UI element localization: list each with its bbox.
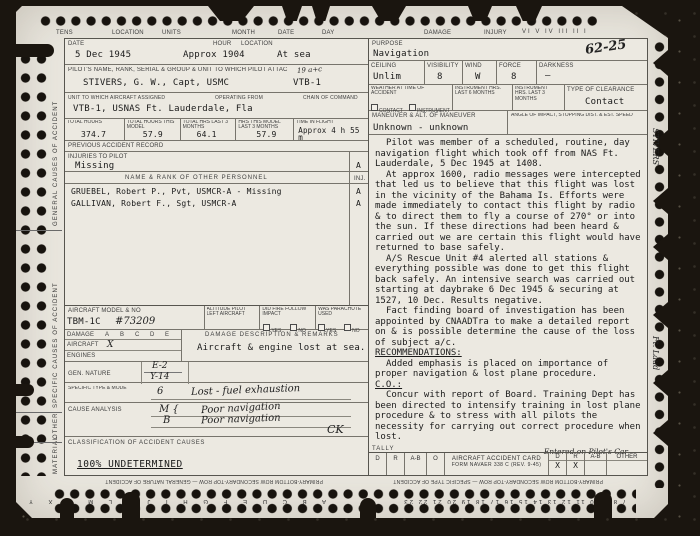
- edge-notch: [360, 498, 376, 518]
- form-right-column: PURPOSE Navigation 62-25 CEILING Unlim V…: [369, 39, 647, 475]
- tally-result-d-mark: X: [549, 461, 566, 470]
- hours-this-model-cell: TOTAL HOURS THIS MODEL 57.9: [125, 119, 181, 140]
- cause-code-1: M {: [159, 404, 179, 415]
- altitude-left-aircraft-label: ALTITUDE PILOT LEFT AIRCRAFT: [207, 307, 257, 318]
- writing-rule: [151, 399, 351, 400]
- damage-grid: DAMAGE A B C D E AIRCRAFT X ENGINES: [65, 330, 182, 361]
- aircraft-number-value: #73209: [115, 316, 155, 327]
- fire-follow-impact-label: DID FIRE FOLLOW IMPACT: [262, 307, 312, 318]
- purpose-row: PURPOSE Navigation 62-25: [369, 39, 647, 61]
- date-hour-location-row: DATE HOUR LOCATION 5 Dec 1945 Approx 190…: [65, 39, 368, 65]
- edge-divider: [16, 230, 62, 231]
- parachute-used-cell: WAS PARACHUTE USED YES NO: [316, 306, 368, 329]
- instrument-hrs-6mo-cell: INSTRUMENT HRS. LAST 6 MONTHS: [453, 85, 513, 110]
- edge-label-specific-type: PRIMARY-BOTTOM ROW SECONDARY-TOP ROW — S…: [360, 478, 636, 484]
- personnel-header: NAME & RANK OF OTHER PERSONNEL: [125, 175, 268, 181]
- punch-holes-right: [652, 40, 666, 488]
- injuries-value: Missing: [75, 161, 114, 171]
- weather-at-accident-cell: WEATHER AT TIME OF ACCIDENT CONTACT INST…: [369, 85, 453, 110]
- personnel-inj-column: INJ. A A: [349, 172, 368, 304]
- narrative-paragraph: Concur with report of Board. Training De…: [375, 390, 642, 443]
- aircraft-model-value: TBM-1C: [67, 317, 101, 327]
- weather-row: CEILING Unlim VISIBILITY 8 WIND W FORCE …: [369, 61, 647, 85]
- narrative-section: Pilot was member of a scheduled, routine…: [369, 135, 647, 475]
- damage-grid-divider: [65, 350, 181, 351]
- damage-remarks-header: DAMAGE DESCRIPTION & REMARKS: [205, 332, 339, 338]
- accident-card: TENS LOCATION UNITS MONTH DATE DAY DAMAG…: [16, 6, 668, 518]
- scan-background: TENS LOCATION UNITS MONTH DATE DAY DAMAG…: [0, 0, 700, 536]
- gen-nature-row: GEN. NATURE E-2 Y-14: [65, 362, 368, 384]
- gen-nature-box: E-2 Y-14: [141, 362, 189, 384]
- unit-assigned-label: UNIT TO WHICH AIRCRAFT ASSIGNED: [68, 95, 165, 101]
- instrument-hrs-3mo-label: INSTRUMENT HRS. LAST 3 MONTHS: [515, 86, 561, 102]
- tally-result-r: R X: [567, 453, 585, 475]
- wind-label: WIND: [465, 63, 482, 69]
- hours-last-3-months-cell: TOTAL HRS LAST 3 MONTHS 64.1: [181, 119, 237, 140]
- tally-result-ab-header: A-B: [585, 453, 606, 461]
- edge-notch: [594, 492, 612, 518]
- location-value: At sea: [277, 50, 311, 60]
- damage-col-d: D: [150, 332, 155, 338]
- maneuver-value: Unknown - unknown: [373, 123, 469, 133]
- tally-result-d-header: D: [549, 453, 566, 461]
- damage-row-aircraft: AIRCRAFT: [67, 342, 99, 348]
- parachute-used-label: WAS PARACHUTE USED: [318, 307, 364, 318]
- previous-accident-label: PREVIOUS ACCIDENT RECORD: [68, 143, 163, 149]
- edge-label-date: DATE: [278, 30, 294, 36]
- tally-result-other-header: OTHER: [607, 453, 647, 461]
- personnel-name-2: GALLIVAN, Robert F., Sgt, USMCR-A: [71, 199, 237, 208]
- wind-value: W: [475, 72, 481, 82]
- edge-divider: [16, 412, 62, 413]
- clearance-cell: TYPE OF CLEARANCE Contact: [565, 85, 647, 110]
- edge-numbers-row: 7 8 9 10 11 12 13 14 15 16 17 18 19 20 2…: [346, 498, 626, 504]
- ceiling-cell: CEILING Unlim: [369, 61, 425, 84]
- personnel-name-1: GRUEBEL, Robert P., Pvt, USMCR-A - Missi…: [71, 187, 282, 196]
- injuries-row: INJURIES TO PILOT Missing A: [65, 152, 368, 172]
- hour-value: Approx 1904: [183, 50, 245, 60]
- classification-label: CLASSIFICATION OF ACCIDENT CAUSES: [68, 440, 205, 446]
- cause-check-mark: CK: [327, 423, 344, 436]
- force-value: 8: [511, 72, 517, 82]
- tally-result-r-mark: X: [567, 461, 584, 470]
- edge-label-damage: DAMAGE: [424, 30, 451, 36]
- unit-assigned-value: VTB-1, USNAS Ft. Lauderdale, Fla: [73, 104, 253, 114]
- edge-notch: [122, 492, 140, 518]
- cause-analysis-label: CAUSE ANALYSIS: [68, 407, 122, 413]
- ceiling-label: CEILING: [371, 63, 396, 69]
- gen-nature-hand-2: Y-14: [150, 372, 169, 382]
- personnel-header-row: NAME & RANK OF OTHER PERSONNEL: [65, 172, 368, 184]
- edge-label-day: DAY: [322, 30, 335, 36]
- damage-aircraft-mark: X: [107, 340, 113, 350]
- specific-type-row: SPECIFIC TYPE & MODE 6 Lost - fuel exhau…: [65, 383, 368, 403]
- pilot-injury-cell: A: [349, 152, 368, 171]
- tally-table: D R A-B O AIRCRAFT ACCIDENT CARD FORM NA…: [369, 452, 647, 475]
- total-hours-cell: TOTAL HOURS 374.7: [65, 119, 125, 140]
- pilot-injury-code: A: [356, 161, 361, 170]
- visibility-label: VISIBILITY: [427, 63, 459, 69]
- narrative-paragraph: At approx 1600, radio messages were inte…: [375, 170, 642, 254]
- pilot-name-label: PILOT'S NAME, RANK, SERIAL & GROUP & UNI…: [68, 67, 288, 73]
- hours-this-model-value: 57.9: [143, 130, 163, 139]
- edge-notch: [16, 384, 34, 396]
- personnel-section: NAME & RANK OF OTHER PERSONNEL INJ. A A …: [65, 172, 368, 305]
- previous-accident-row: PREVIOUS ACCIDENT RECORD: [65, 141, 368, 153]
- visibility-cell: VISIBILITY 8: [425, 61, 463, 84]
- personnel-inj-2: A: [356, 199, 361, 208]
- wind-cell: WIND W: [463, 61, 497, 84]
- aircraft-model-cell: AIRCRAFT MODEL & NO TBM-1C #73209: [65, 306, 205, 329]
- total-hours-label: TOTAL HOURS: [67, 120, 121, 125]
- edge-label-location: LOCATION: [112, 30, 144, 36]
- specific-type-label: SPECIFIC TYPE & MODE: [68, 386, 128, 391]
- instrument-hrs-3mo-cell: INSTRUMENT HRS. LAST 3 MONTHS: [513, 85, 565, 110]
- form-number: FORM NAVAER 338 C (REV. 9-45): [445, 462, 548, 468]
- clearance-value: Contact: [585, 97, 624, 107]
- force-label: FORCE: [499, 63, 521, 69]
- damage-col-b: B: [120, 332, 124, 338]
- tally-cell-r: R: [387, 453, 405, 475]
- darkness-label: DARKNESS: [539, 63, 574, 69]
- damage-col-e: E: [165, 332, 169, 338]
- classification-value: 100% UNDETERMINED: [77, 459, 183, 470]
- flight-hours-row: TOTAL HOURS 374.7 TOTAL HOURS THIS MODEL…: [65, 119, 368, 141]
- cause-analysis-row: CAUSE ANALYSIS M { Poor navigation B Poo…: [65, 403, 368, 437]
- specific-type-text: Lost - fuel exhaustion: [191, 384, 301, 399]
- cause-text-2: Poor navigation: [201, 413, 281, 427]
- impact-angle-label: ANGLE OF IMPACT, STOPPING DIST. & EST. S…: [511, 113, 645, 118]
- tally-section: TALLY D R A-B O AIRCRAFT ACCIDENT CARD F…: [369, 445, 647, 475]
- injuries-label: INJURIES TO PILOT: [68, 154, 128, 160]
- specific-type-code: 6: [157, 386, 163, 397]
- hours-last-3-months-value: 64.1: [197, 130, 217, 139]
- chain-of-command-label: CHAIN OF COMMAND: [303, 95, 358, 101]
- tally-result-d: D X: [549, 453, 567, 475]
- narrative-paragraph: Added emphasis is placed on importance o…: [375, 359, 642, 380]
- classification-row: CLASSIFICATION OF ACCIDENT CAUSES 100% U…: [65, 437, 368, 475]
- unit-row: UNIT TO WHICH AIRCRAFT ASSIGNED OPERATIN…: [65, 93, 368, 119]
- file-number-handwritten: 62-25: [584, 37, 627, 58]
- maneuver-label: MANEUVER & ALT. OF MANEUVER: [372, 113, 476, 119]
- edge-label-general-nature: PRIMARY-BOTTOM ROW SECONDARY-TOP ROW — G…: [74, 478, 354, 484]
- gen-nature-hand-1: E-2: [152, 361, 168, 371]
- pilot-name-value: STIVERS, G. W., Capt, USMC: [83, 78, 229, 88]
- writing-rule: [151, 427, 351, 428]
- form-title-cell: AIRCRAFT ACCIDENT CARD FORM NAVAER 338 C…: [445, 453, 549, 475]
- edge-label-month: MONTH: [232, 30, 255, 36]
- fire-follow-impact-cell: DID FIRE FOLLOW IMPACT YES NO: [260, 306, 316, 329]
- gen-nature-label: GEN. NATURE: [68, 371, 111, 377]
- force-cell: FORCE 8: [497, 61, 537, 84]
- darkness-value: —: [545, 71, 551, 81]
- weather-at-accident-label: WEATHER AT TIME OF ACCIDENT: [371, 86, 449, 97]
- darkness-cell: DARKNESS —: [537, 61, 647, 84]
- tally-result-r-header: R: [567, 453, 584, 461]
- checkbox-icon: [409, 104, 416, 111]
- edge-label-units: UNITS: [162, 30, 181, 36]
- form-area: DATE HOUR LOCATION 5 Dec 1945 Approx 190…: [64, 38, 648, 476]
- form-left-column: DATE HOUR LOCATION 5 Dec 1945 Approx 190…: [65, 39, 369, 475]
- purpose-value: Navigation: [373, 49, 429, 59]
- edge-label-injury: INJURY: [484, 30, 507, 36]
- time-in-flight-value: Approx 4 h 55 m: [298, 127, 364, 142]
- recommendations-heading: RECOMMENDATIONS:: [375, 348, 642, 359]
- edge-handwriting-station: Ft. Laud: [651, 336, 660, 370]
- hour-label: HOUR: [213, 41, 231, 47]
- tally-cell-o: O: [427, 453, 445, 475]
- damage-remarks-value: Aircraft & engine lost at sea.: [197, 343, 366, 353]
- edge-letters-row: A B C D E F G H I J K L M N X Y: [60, 498, 326, 504]
- chain-of-command-value: VTB-1: [293, 78, 321, 88]
- maneuver-divider: [507, 111, 508, 134]
- edge-notch: [16, 44, 54, 57]
- tally-result-ab: A-B: [585, 453, 607, 475]
- operating-from-label: OPERATING FROM: [215, 95, 263, 101]
- visibility-value: 8: [437, 72, 443, 82]
- aircraft-model-label: AIRCRAFT MODEL & NO: [68, 308, 141, 314]
- checkbox-icon: [371, 104, 378, 111]
- instrument-hrs-6mo-label: INSTRUMENT HRS. LAST 6 MONTHS: [455, 86, 509, 97]
- co-heading: C.O.:: [375, 380, 642, 391]
- time-in-flight-cell: TIME IN FLIGHT Approx 4 h 55 m: [294, 119, 368, 140]
- damage-col-a: A: [105, 332, 109, 338]
- damage-col-c: C: [135, 332, 140, 338]
- edge-handwriting-pilot: STIVERS: [651, 128, 660, 165]
- personnel-inj-1: A: [356, 187, 361, 196]
- edge-label-general-causes: GENERAL CAUSES OF ACCIDENT: [53, 101, 59, 226]
- cause-code-2: B: [163, 415, 170, 426]
- model-hours-3-months-value: 57.9: [256, 130, 276, 139]
- clearance-label: TYPE OF CLEARANCE: [567, 87, 634, 93]
- tally-result-other: OTHER: [607, 453, 647, 475]
- damage-label: DAMAGE: [67, 332, 94, 338]
- purpose-label: PURPOSE: [372, 41, 403, 47]
- maneuver-row: MANEUVER & ALT. OF MANEUVER Unknown - un…: [369, 111, 647, 135]
- edge-label-numerals: VI V IV III II I: [522, 29, 588, 35]
- pilot-handwritten-note: 19 a+c: [297, 65, 323, 75]
- altitude-left-aircraft-cell: ALTITUDE PILOT LEFT AIRCRAFT: [205, 306, 261, 329]
- edge-label-tens: TENS: [56, 30, 73, 36]
- model-hours-3-months-cell: HRS THIS MODEL LAST 3 MONTHS 57.9: [236, 119, 294, 140]
- edge-notch: [60, 498, 74, 518]
- pilot-row: PILOT'S NAME, RANK, SERIAL & GROUP & UNI…: [65, 65, 368, 93]
- conditions-row: WEATHER AT TIME OF ACCIDENT CONTACT INST…: [369, 85, 647, 111]
- tally-cell-d: D: [369, 453, 387, 475]
- edge-label-specific-causes: SPECIFIC CAUSES OF ACCIDENT: [53, 282, 59, 408]
- damage-grid-header: DAMAGE A B C D E: [65, 330, 181, 340]
- aircraft-model-row: AIRCRAFT MODEL & NO TBM-1C #73209 ALTITU…: [65, 306, 368, 330]
- narrative-paragraph: Fact finding board of investigation has …: [375, 306, 642, 348]
- damage-section: DAMAGE A B C D E AIRCRAFT X ENGINES DAMA…: [65, 330, 368, 362]
- inj-header: INJ.: [354, 176, 365, 182]
- ceiling-value: Unlim: [373, 72, 401, 82]
- narrative-paragraph: A/S Rescue Unit #4 alerted all stations …: [375, 254, 642, 307]
- total-hours-value: 374.7: [81, 130, 106, 139]
- date-label: DATE: [68, 41, 84, 47]
- edge-notch: [16, 436, 34, 448]
- date-value: 5 Dec 1945: [75, 50, 131, 60]
- location-label: LOCATION: [241, 41, 273, 47]
- time-in-flight-label: TIME IN FLIGHT: [296, 120, 364, 125]
- narrative-paragraph: Pilot was member of a scheduled, routine…: [375, 138, 642, 170]
- damage-row-engines: ENGINES: [67, 353, 95, 359]
- tally-cell-ab: A-B: [405, 453, 427, 475]
